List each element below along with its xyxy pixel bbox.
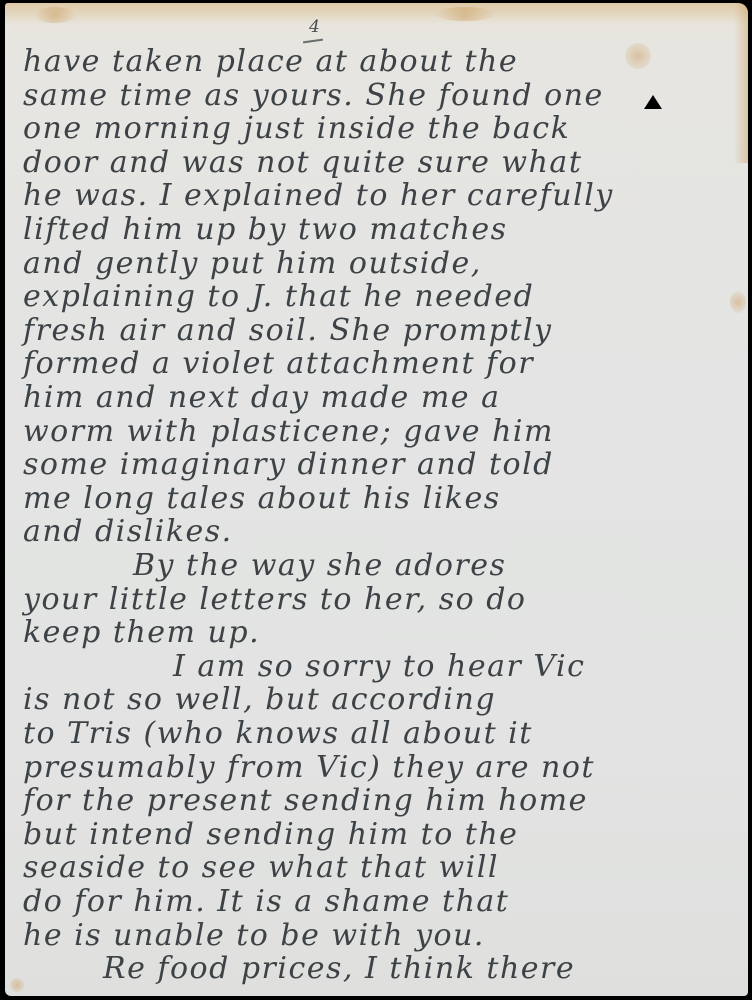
foxing-spot: [625, 43, 651, 69]
foxing-spot: [730, 291, 746, 313]
handwritten-line: By the way she adores: [133, 547, 506, 585]
handwritten-line: same time as yours. She found one: [23, 77, 604, 115]
letter-page: 4 have taken place at about the same tim…: [5, 3, 748, 996]
handwritten-line: keep them up.: [23, 614, 260, 652]
handwritten-line: me long tales about his likes: [23, 480, 501, 518]
handwritten-line: is not so well, but according: [23, 681, 496, 719]
handwritten-line: seaside to see what that will: [23, 849, 499, 887]
handwritten-line: to Tris (who knows all about it: [23, 715, 533, 753]
handwritten-line: do for him. It is a shame that: [23, 883, 509, 921]
handwritten-line: fresh air and soil. She promptly: [23, 312, 553, 350]
handwritten-line: door and was not quite sure what: [23, 144, 582, 182]
handwritten-line: I am so sorry to hear Vic: [173, 648, 585, 686]
handwritten-line: but intend sending him to the: [23, 816, 518, 854]
handwritten-line: and gently put him outside,: [23, 245, 482, 283]
foxing-spot: [435, 7, 495, 21]
handwritten-line: formed a violet attachment for: [23, 345, 534, 383]
foxing-stain-top: [5, 3, 748, 25]
handwritten-line: him and next day made me a: [23, 379, 500, 417]
handwritten-line: Re food prices, I think there: [103, 950, 575, 988]
handwritten-line: he was. I explained to her carefully: [23, 177, 614, 215]
handwritten-line: lifted him up by two matches: [23, 211, 508, 249]
handwritten-line: some imaginary dinner and told: [23, 446, 554, 484]
handwritten-line: presumably from Vic) they are not: [23, 749, 595, 787]
foxing-stain-right: [734, 3, 748, 163]
handwritten-line: have taken place at about the: [23, 43, 518, 81]
handwritten-line: your little letters to her, so do: [23, 581, 526, 619]
handwritten-line: and dislikes.: [23, 513, 233, 551]
handwritten-line: explaining to J. that he needed: [23, 278, 534, 316]
handwritten-line: he is unable to be with you.: [23, 917, 485, 955]
page-number: 4: [309, 17, 320, 37]
paper-hole: [644, 95, 662, 109]
handwritten-line: worm with plasticene; gave him: [23, 413, 554, 451]
handwritten-line: for the present sending him home: [23, 782, 588, 820]
foxing-spot: [35, 7, 75, 23]
handwritten-line: one morning just inside the back: [23, 110, 570, 148]
foxing-spot: [10, 978, 24, 992]
